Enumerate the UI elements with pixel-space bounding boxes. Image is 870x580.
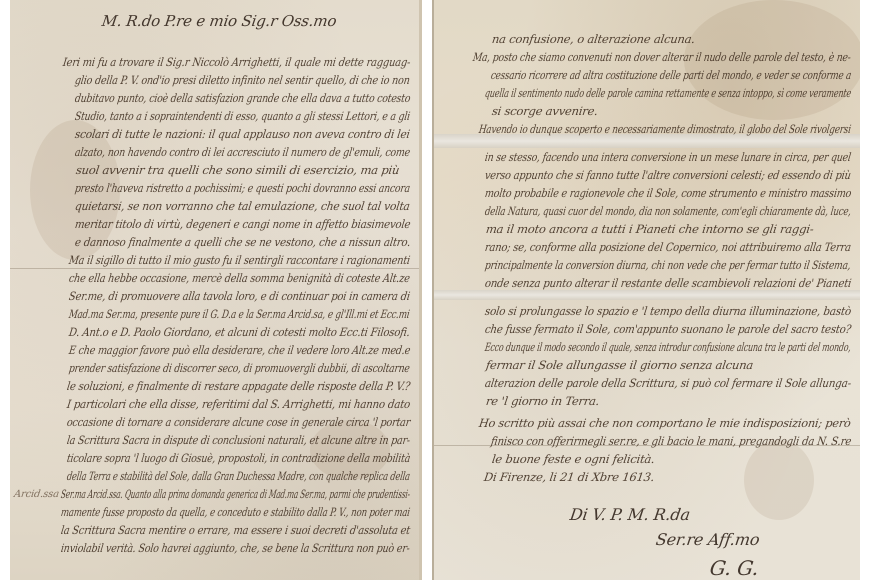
- text-line: fermar il Sole allungasse il giorno senz…: [485, 358, 754, 372]
- text-line: presto l'haveva ristretto a pochissimi; …: [74, 181, 411, 195]
- text-line: principalmente la conversion diurna, chi…: [484, 258, 852, 272]
- text-line: scolari di tutte le nazioni: il qual app…: [74, 127, 411, 141]
- text-line: finisco con offerirmegli ser.re, e gli b…: [490, 434, 852, 448]
- text-line: si scorge avvenire.: [491, 104, 599, 118]
- text-line: E che maggior favore può ella desiderare…: [68, 343, 411, 357]
- text-line: solo si prolungasse lo spazio e 'l tempo…: [484, 304, 852, 318]
- text-line: Ser.ma Arcid.ssa. Quanto alla prima doma…: [60, 487, 411, 501]
- text-line: che ella hebbe occasione, mercè della so…: [68, 271, 411, 285]
- manuscript-page-left: M. R.do P.re e mio Sig.r Oss.mo Ieri mi …: [10, 0, 422, 580]
- text-line: e dannoso finalmente a quelli che se ne …: [74, 235, 411, 249]
- paper-tear: [434, 134, 860, 148]
- text-line: Di Firenze, li 21 di Xbre 1613.: [483, 470, 655, 484]
- text-line: Ser.me, di promuovere alla tavola loro, …: [68, 289, 411, 303]
- text-line: Ho scritto più assai che non comportano …: [478, 416, 852, 430]
- text-line: quietarsi, se non vorranno che tal emula…: [74, 199, 411, 213]
- text-line: rano; se, conforme alla posizione del Co…: [484, 240, 852, 254]
- text-line: re 'l giorno in Terra.: [485, 394, 600, 408]
- salutation: M. R.do P.re e mio Sig.r Oss.mo: [101, 12, 338, 30]
- text-line: glio della P. V. ond'io presi diletto in…: [74, 73, 411, 87]
- text-line: I particolari che ella disse, referitimi…: [66, 397, 411, 411]
- text-line: ma il moto ancora a tutti i Pianeti che …: [485, 222, 815, 236]
- closing: Di V. P. M. R.da: [569, 505, 692, 524]
- text-line: alterazion delle parole della Scrittura,…: [484, 376, 852, 390]
- text-line: quella il sentimento nudo delle parole c…: [484, 86, 852, 100]
- paper-stain: [744, 440, 814, 520]
- text-line: la Scrittura Sacra in dispute di conclus…: [66, 433, 411, 447]
- text-line: alzato, non havendo contro di lei accres…: [74, 145, 411, 159]
- text-line: la Scrittura Sacra mentire o errare, ma …: [60, 523, 411, 537]
- text-line: suol avvenir tra quelli che sono simili …: [75, 163, 400, 177]
- text-line: Studio, tanto a i sopraintendenti di ess…: [74, 109, 411, 123]
- text-line: ticolare sopra 'l luogo di Giosuè, propo…: [66, 451, 411, 465]
- text-line: meritar titolo di virtù, degeneri e cang…: [74, 217, 411, 231]
- text-line: che fusse fermato il Sole, com'appunto s…: [484, 322, 852, 336]
- text-line: verso appunto che si fanno tutte l'altre…: [484, 168, 852, 182]
- text-line: Ecco dunque il modo secondo il quale, se…: [484, 340, 852, 354]
- text-line: Havendo io dunque scoperto e necessariam…: [478, 122, 852, 136]
- text-line: le buone feste e ogni felicità.: [491, 452, 656, 466]
- text-line: della Natura, quasi cuor del mondo, dia …: [484, 204, 852, 218]
- text-line: onde senza punto alterar il restante del…: [484, 276, 852, 290]
- signature: G. G.: [708, 556, 760, 580]
- text-line: prender satisfazione di discorrer seco, …: [68, 361, 411, 375]
- text-line: in se stesso, facendo una intera convers…: [484, 150, 852, 164]
- manuscript-page-right: na confusione, o alterazione alcuna. Ma,…: [432, 0, 860, 580]
- paper-tear: [434, 290, 860, 300]
- text-line: Mad.ma Ser.ma, presente pure il G. D.a e…: [68, 307, 411, 321]
- paper-fold-line: [10, 268, 419, 269]
- signoff: Ser.re Aff.mo: [655, 530, 761, 549]
- text-line: cessario ricorrere ad altra costituzione…: [490, 68, 852, 82]
- text-line: Ma il sigillo di tutto il mio gusto fu i…: [68, 253, 411, 267]
- text-line: della Terra e stabilità del Sole, dalla …: [66, 469, 411, 483]
- text-line: mamente fusse proposto da quella, e conc…: [60, 505, 411, 519]
- text-line: inviolabil verità. Solo havrei aggiunto,…: [60, 541, 411, 555]
- text-line: na confusione, o alterazione alcuna.: [491, 32, 696, 46]
- text-line: molto probabile e ragionevole che il Sol…: [484, 186, 852, 200]
- text-line: Ieri mi fu a trovare il Sig.r Niccolò Ar…: [62, 55, 411, 69]
- text-line: le soluzioni, e finalmente di restare ap…: [66, 379, 411, 393]
- margin-note: Arcid.ssa: [13, 489, 59, 500]
- text-line: dubitavo punto, cioè della satisfazion g…: [74, 91, 411, 105]
- text-line: D. Ant.o e D. Paolo Giordano, et alcuni …: [68, 325, 411, 339]
- text-line: Ma, posto che siamo convenuti non dover …: [472, 50, 852, 64]
- text-line: occasione di tornare a considerare alcun…: [66, 415, 411, 429]
